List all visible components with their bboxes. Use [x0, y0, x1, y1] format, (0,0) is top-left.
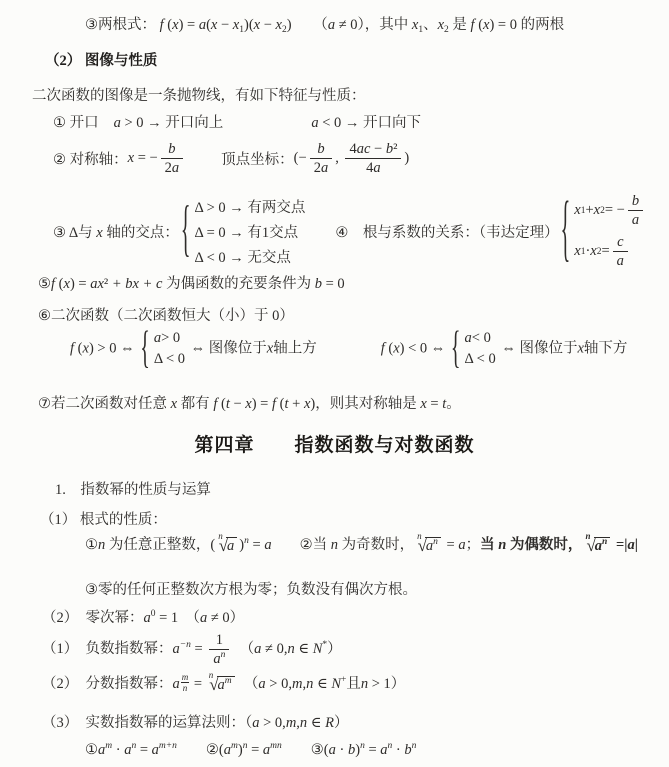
negative-power-formula: （1） 负数指数幂：a−n = 1an （a ≠ 0,n ∈ N*） — [42, 631, 342, 668]
symmetry-axis-formula: ⑦若二次函数对任意 x 都有 f (t − x) = f (t + x)，则其对… — [38, 392, 461, 413]
section-heading-text: （2） 图像与性质 — [45, 49, 157, 70]
axis-label: ② 对称轴： — [53, 148, 128, 169]
fraction-power-formula: （2） 分数指数幂：amn = n√am （a > 0,m,n ∈ N+且n >… — [42, 672, 405, 694]
subsection-root-properties: （1） 根式的性质： — [40, 508, 167, 529]
power-laws-formulas: ①am · an = am+n ②(am)n = amn ③(a · b)n =… — [85, 738, 416, 759]
root-properties-text: （1） 根式的性质： — [40, 508, 167, 529]
root-rule-3-text: ③零的任何正整数次方根为零；负数没有偶次方根。 — [85, 578, 417, 599]
opening-label: ① 开口 — [53, 111, 99, 132]
row-sign-cases: f (x) > 0 ⇔ {a > 0Δ < 0 ⇔ 图像位于x轴上方 f (x)… — [70, 330, 627, 368]
paragraph-intro: 二次函数的图像是一条抛物线，有如下特征与性质： — [32, 84, 366, 105]
item-symmetry-axis: ⑦若二次函数对任意 x 都有 f (t − x) = f (t + x)，则其对… — [38, 392, 461, 413]
item-real-power-laws: （3） 实数指数幂的运算法则：（a > 0,m,n ∈ R） — [42, 711, 349, 732]
delta-label: ③ Δ与 x 轴的交点： — [53, 221, 179, 242]
chapter-title: 第四章 指数函数与对数函数 — [0, 430, 669, 457]
real-power-laws-text: （3） 实数指数幂的运算法则：（a > 0,m,n ∈ R） — [42, 711, 349, 732]
vertex-label: 顶点坐标： — [221, 148, 294, 169]
item-constant-sign: ⑥二次函数（二次函数恒大（小）于 0） — [38, 304, 294, 325]
vertex-formula: (−b2a, 4ac − b²4a) — [294, 140, 410, 177]
opening-down-formula: a < 0 → 开口向下 — [311, 111, 421, 132]
item-axis-of-symmetry: ② 对称轴： x = −b2a 顶点坐标： (−b2a, 4ac − b²4a) — [53, 140, 409, 177]
even-condition-formula: ⑤f (x) = ax² + bx + c 为偶函数的充要条件为 b = 0 — [38, 272, 345, 293]
document-page: ③两根式： f (x) = a(x − x1)(x − x2) （a ≠ 0），… — [0, 0, 669, 767]
formula-root-rule-2: ②当 n 为奇数时，n√an = a；当 n 为偶数时，n√an =|a| — [300, 533, 638, 555]
axis-formula: x = −b2a — [128, 140, 187, 177]
section-heading-graph-properties: （2） 图像与性质 — [45, 49, 157, 70]
zero-power-formula: （2） 零次幂：a0 = 1 （a ≠ 0） — [42, 606, 244, 627]
opening-up-formula: a > 0 → 开口向上 — [114, 111, 224, 132]
item-zero-power: （2） 零次幂：a0 = 1 （a ≠ 0） — [42, 606, 244, 627]
formula-negative-case: f (x) < 0 ⇔ {a < 0Δ < 0 ⇔ 图像位于x轴下方 — [381, 330, 628, 368]
item-delta-and-vieta: ③ Δ与 x 轴的交点： {Δ > 0 → 有两交点Δ = 0 → 有1交点Δ … — [53, 192, 648, 271]
vieta-cases: {x1 + x2 = −bax1 · x2 = ca — [559, 192, 648, 271]
row-root-rules: ①n 为任意正整数，(n√a)n = a ②当 n 为奇数时，n√an = a；… — [85, 533, 638, 555]
chapter-title-text: 第四章 指数函数与对数函数 — [194, 430, 474, 457]
section-1-heading: 1. 指数幂的性质与运算 — [55, 478, 211, 499]
item-opening-direction: ① 开口 a > 0 → 开口向上 a < 0 → 开口向下 — [53, 111, 421, 132]
paragraph-intro-text: 二次函数的图像是一条抛物线，有如下特征与性质： — [32, 84, 366, 105]
formula-root-rule-1: ①n 为任意正整数，(n√a)n = a — [85, 533, 272, 555]
item-negative-power: （1） 负数指数幂：a−n = 1an （a ≠ 0,n ∈ N*） — [42, 631, 342, 668]
constant-sign-text: ⑥二次函数（二次函数恒大（小）于 0） — [38, 304, 294, 325]
item-even-function-condition: ⑤f (x) = ax² + bx + c 为偶函数的充要条件为 b = 0 — [38, 272, 345, 293]
formula-root-rule-3: ③零的任何正整数次方根为零；负数没有偶次方根。 — [85, 578, 417, 599]
vieta-label: ④ 根与系数的关系：（韦达定理） — [335, 221, 558, 242]
section-1-heading-text: 1. 指数幂的性质与运算 — [55, 478, 211, 499]
delta-cases: {Δ > 0 → 有两交点Δ = 0 → 有1交点Δ < 0 → 无交点 — [179, 196, 308, 267]
formula-power-laws: ①am · an = am+n ②(am)n = amn ③(a · b)n =… — [85, 738, 416, 759]
item-fraction-power: （2） 分数指数幂：amn = n√am （a > 0,m,n ∈ N+且n >… — [42, 672, 405, 694]
formula-two-roots: ③两根式： f (x) = a(x − x1)(x − x2) （a ≠ 0），… — [85, 13, 564, 34]
formula-positive-case: f (x) > 0 ⇔ {a > 0Δ < 0 ⇔ 图像位于x轴上方 — [70, 330, 317, 368]
formula-two-roots-text: ③两根式： f (x) = a(x − x1)(x − x2) （a ≠ 0），… — [85, 13, 564, 34]
